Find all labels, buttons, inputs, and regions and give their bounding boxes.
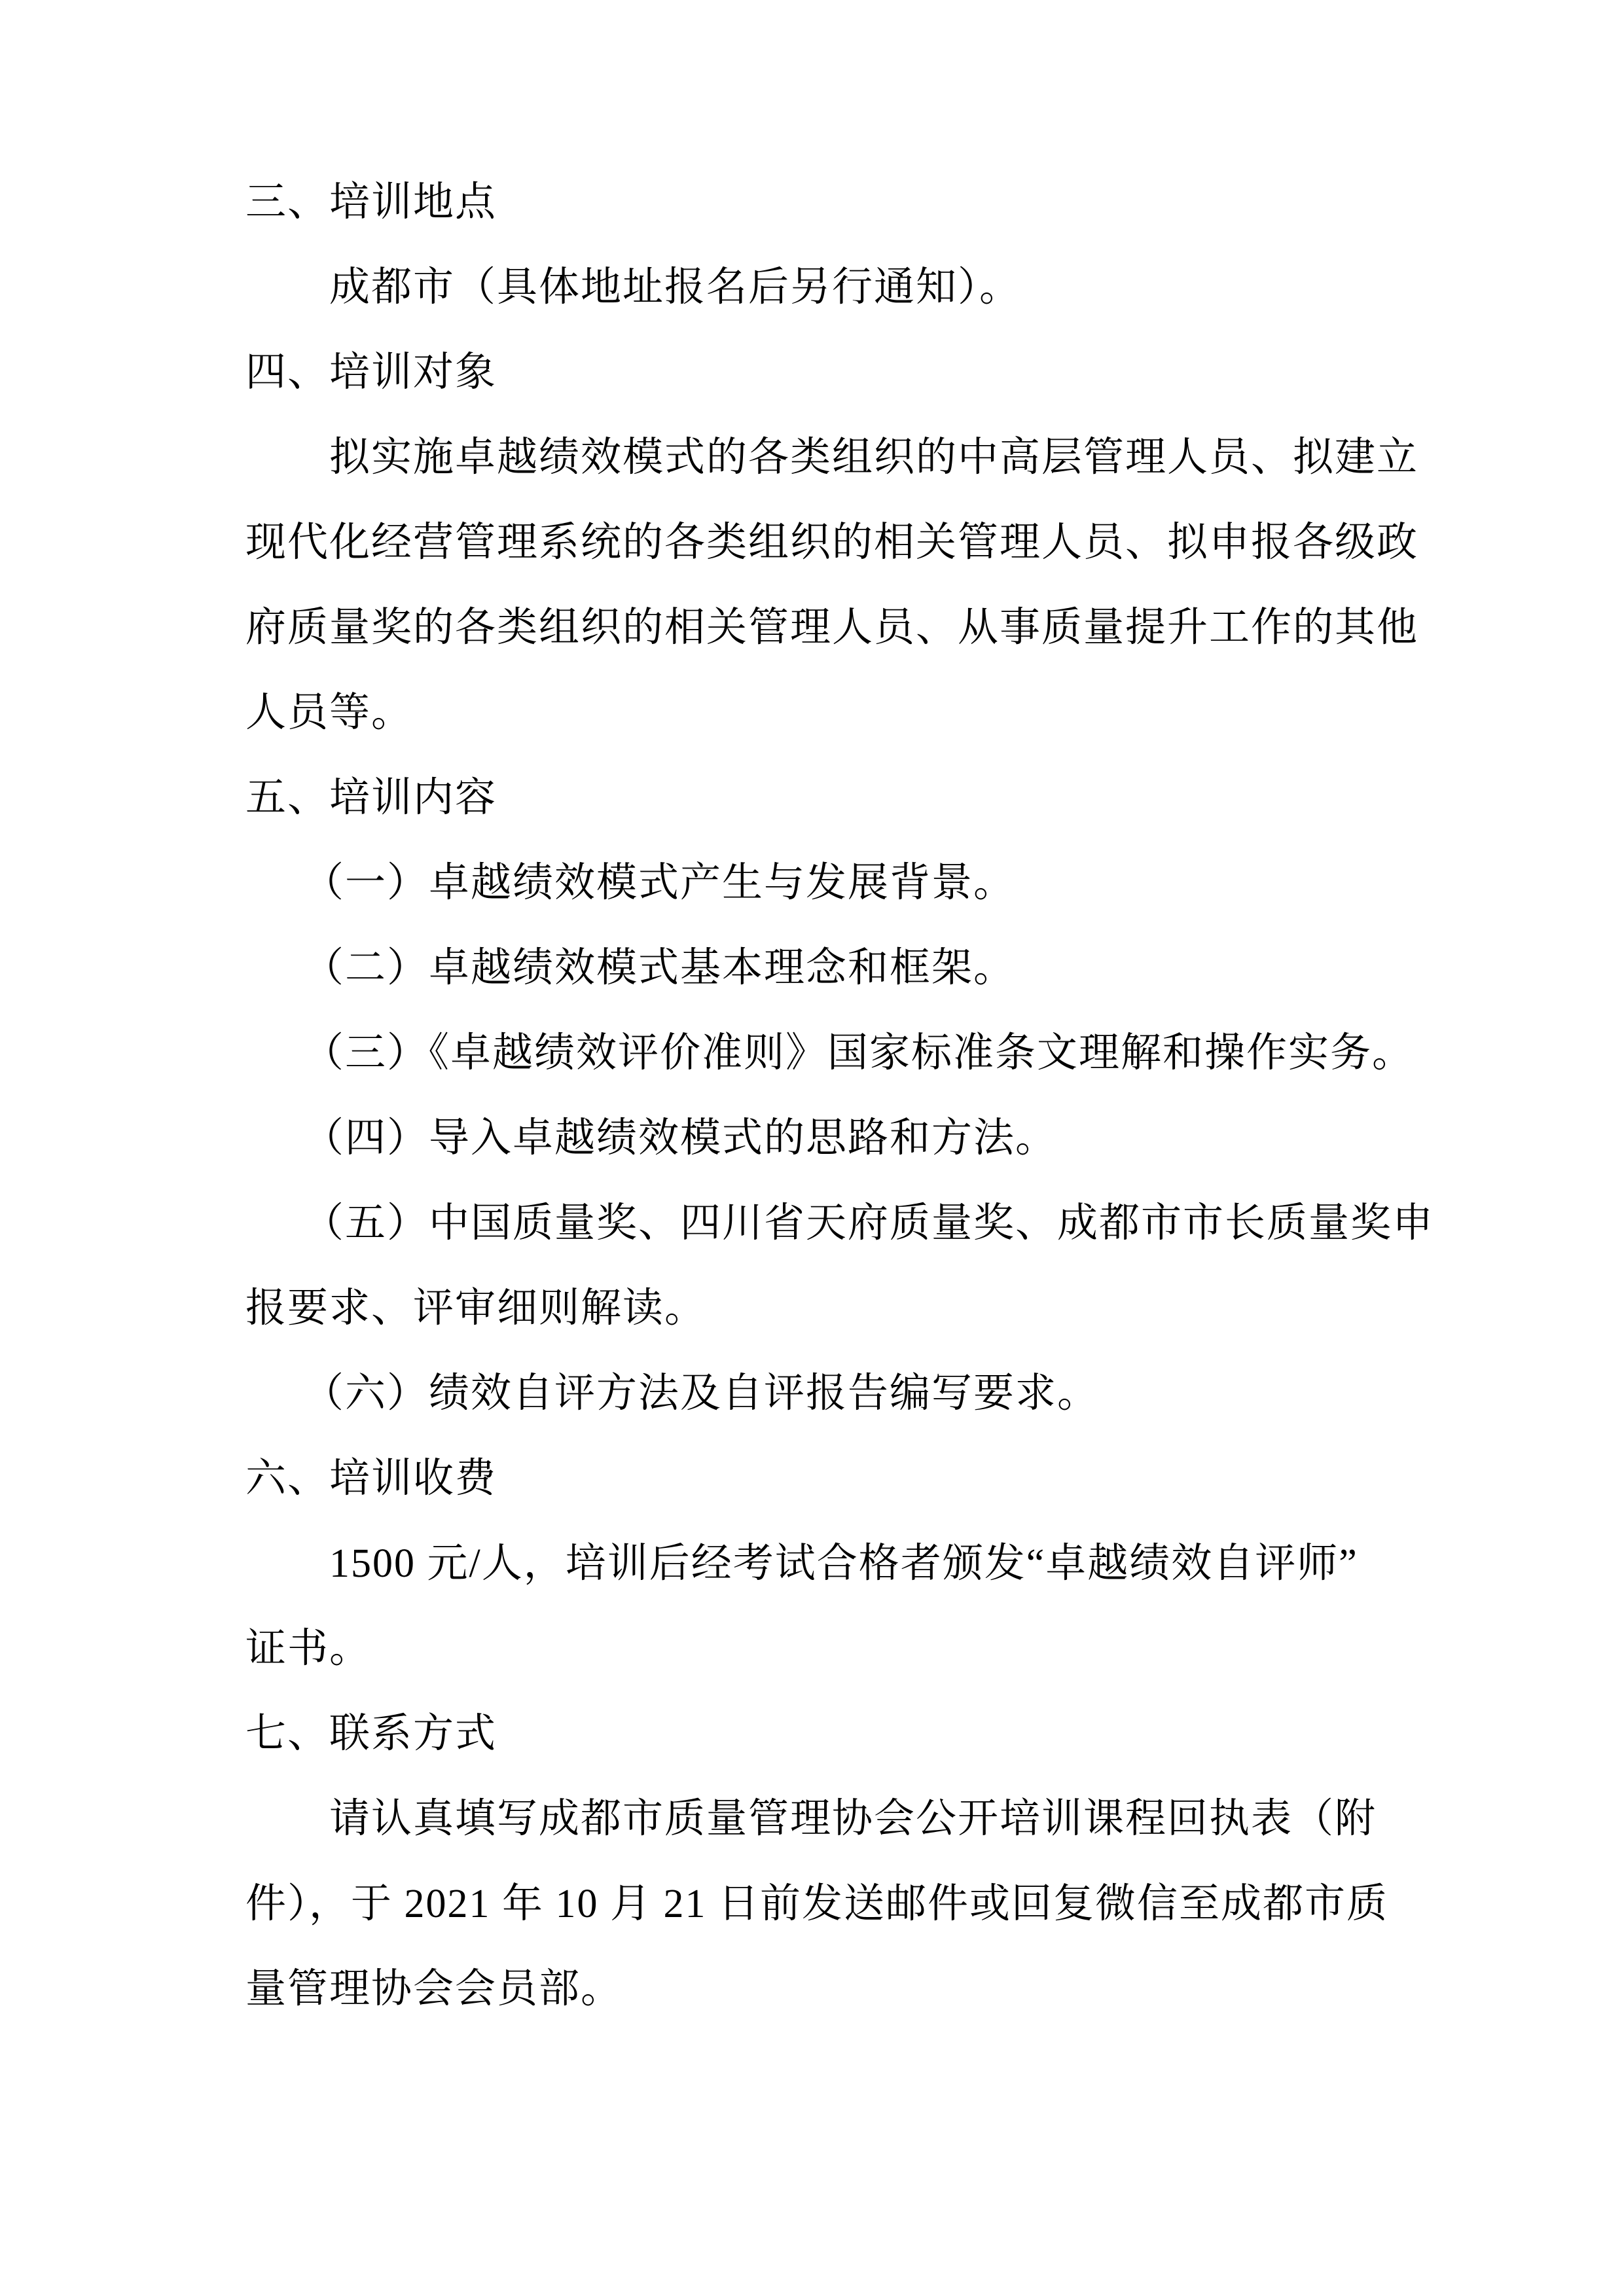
section-heading-training-fee: 六、培训收费 (245, 1436, 1398, 1521)
text-line: 现代化经营管理系统的各类组织的相关管理人员、拟申报各级政 (245, 500, 1398, 585)
text-line: 量管理协会会员部。 (245, 1946, 1398, 2032)
text-line: 证书。 (245, 1606, 1398, 1691)
section-heading-training-content: 五、培训内容 (245, 755, 1398, 840)
document-text-area: 三、培训地点 成都市（具体地址报名后另行通知）。 四、培训对象 拟实施卓越绩效模… (245, 160, 1398, 2032)
text-line: 请认真填写成都市质量管理协会公开培训课程回执表（附 (245, 1776, 1398, 1861)
text-line: 成都市（具体地址报名后另行通知）。 (245, 245, 1398, 330)
list-item-3: （三）《卓越绩效评价准则》国家标准条文理解和操作实务。 (245, 1011, 1398, 1096)
list-item-2: （二）卓越绩效模式基本理念和框架。 (245, 925, 1398, 1011)
document-page: 三、培训地点 成都市（具体地址报名后另行通知）。 四、培训对象 拟实施卓越绩效模… (0, 0, 1624, 2296)
text-line: 报要求、评审细则解读。 (245, 1266, 1398, 1351)
text-line: 人员等。 (245, 670, 1398, 755)
list-item-5: （五）中国质量奖、四川省天府质量奖、成都市市长质量奖申 (245, 1181, 1398, 1266)
text-line: 件），于 2021 年 10 月 21 日前发送邮件或回复微信至成都市质 (245, 1861, 1398, 1946)
list-item-4: （四）导入卓越绩效模式的思路和方法。 (245, 1096, 1398, 1181)
section-heading-training-audience: 四、培训对象 (245, 330, 1398, 415)
text-line: 拟实施卓越绩效模式的各类组织的中高层管理人员、拟建立 (245, 415, 1398, 500)
text-line: 府质量奖的各类组织的相关管理人员、从事质量提升工作的其他 (245, 585, 1398, 670)
section-heading-contact-info: 七、联系方式 (245, 1691, 1398, 1776)
list-item-6: （六）绩效自评方法及自评报告编写要求。 (245, 1351, 1398, 1436)
text-line: 1500 元/人，培训后经考试合格者颁发“卓越绩效自评师” (245, 1521, 1398, 1606)
list-item-1: （一）卓越绩效模式产生与发展背景。 (245, 840, 1398, 925)
section-heading-training-location: 三、培训地点 (245, 160, 1398, 245)
